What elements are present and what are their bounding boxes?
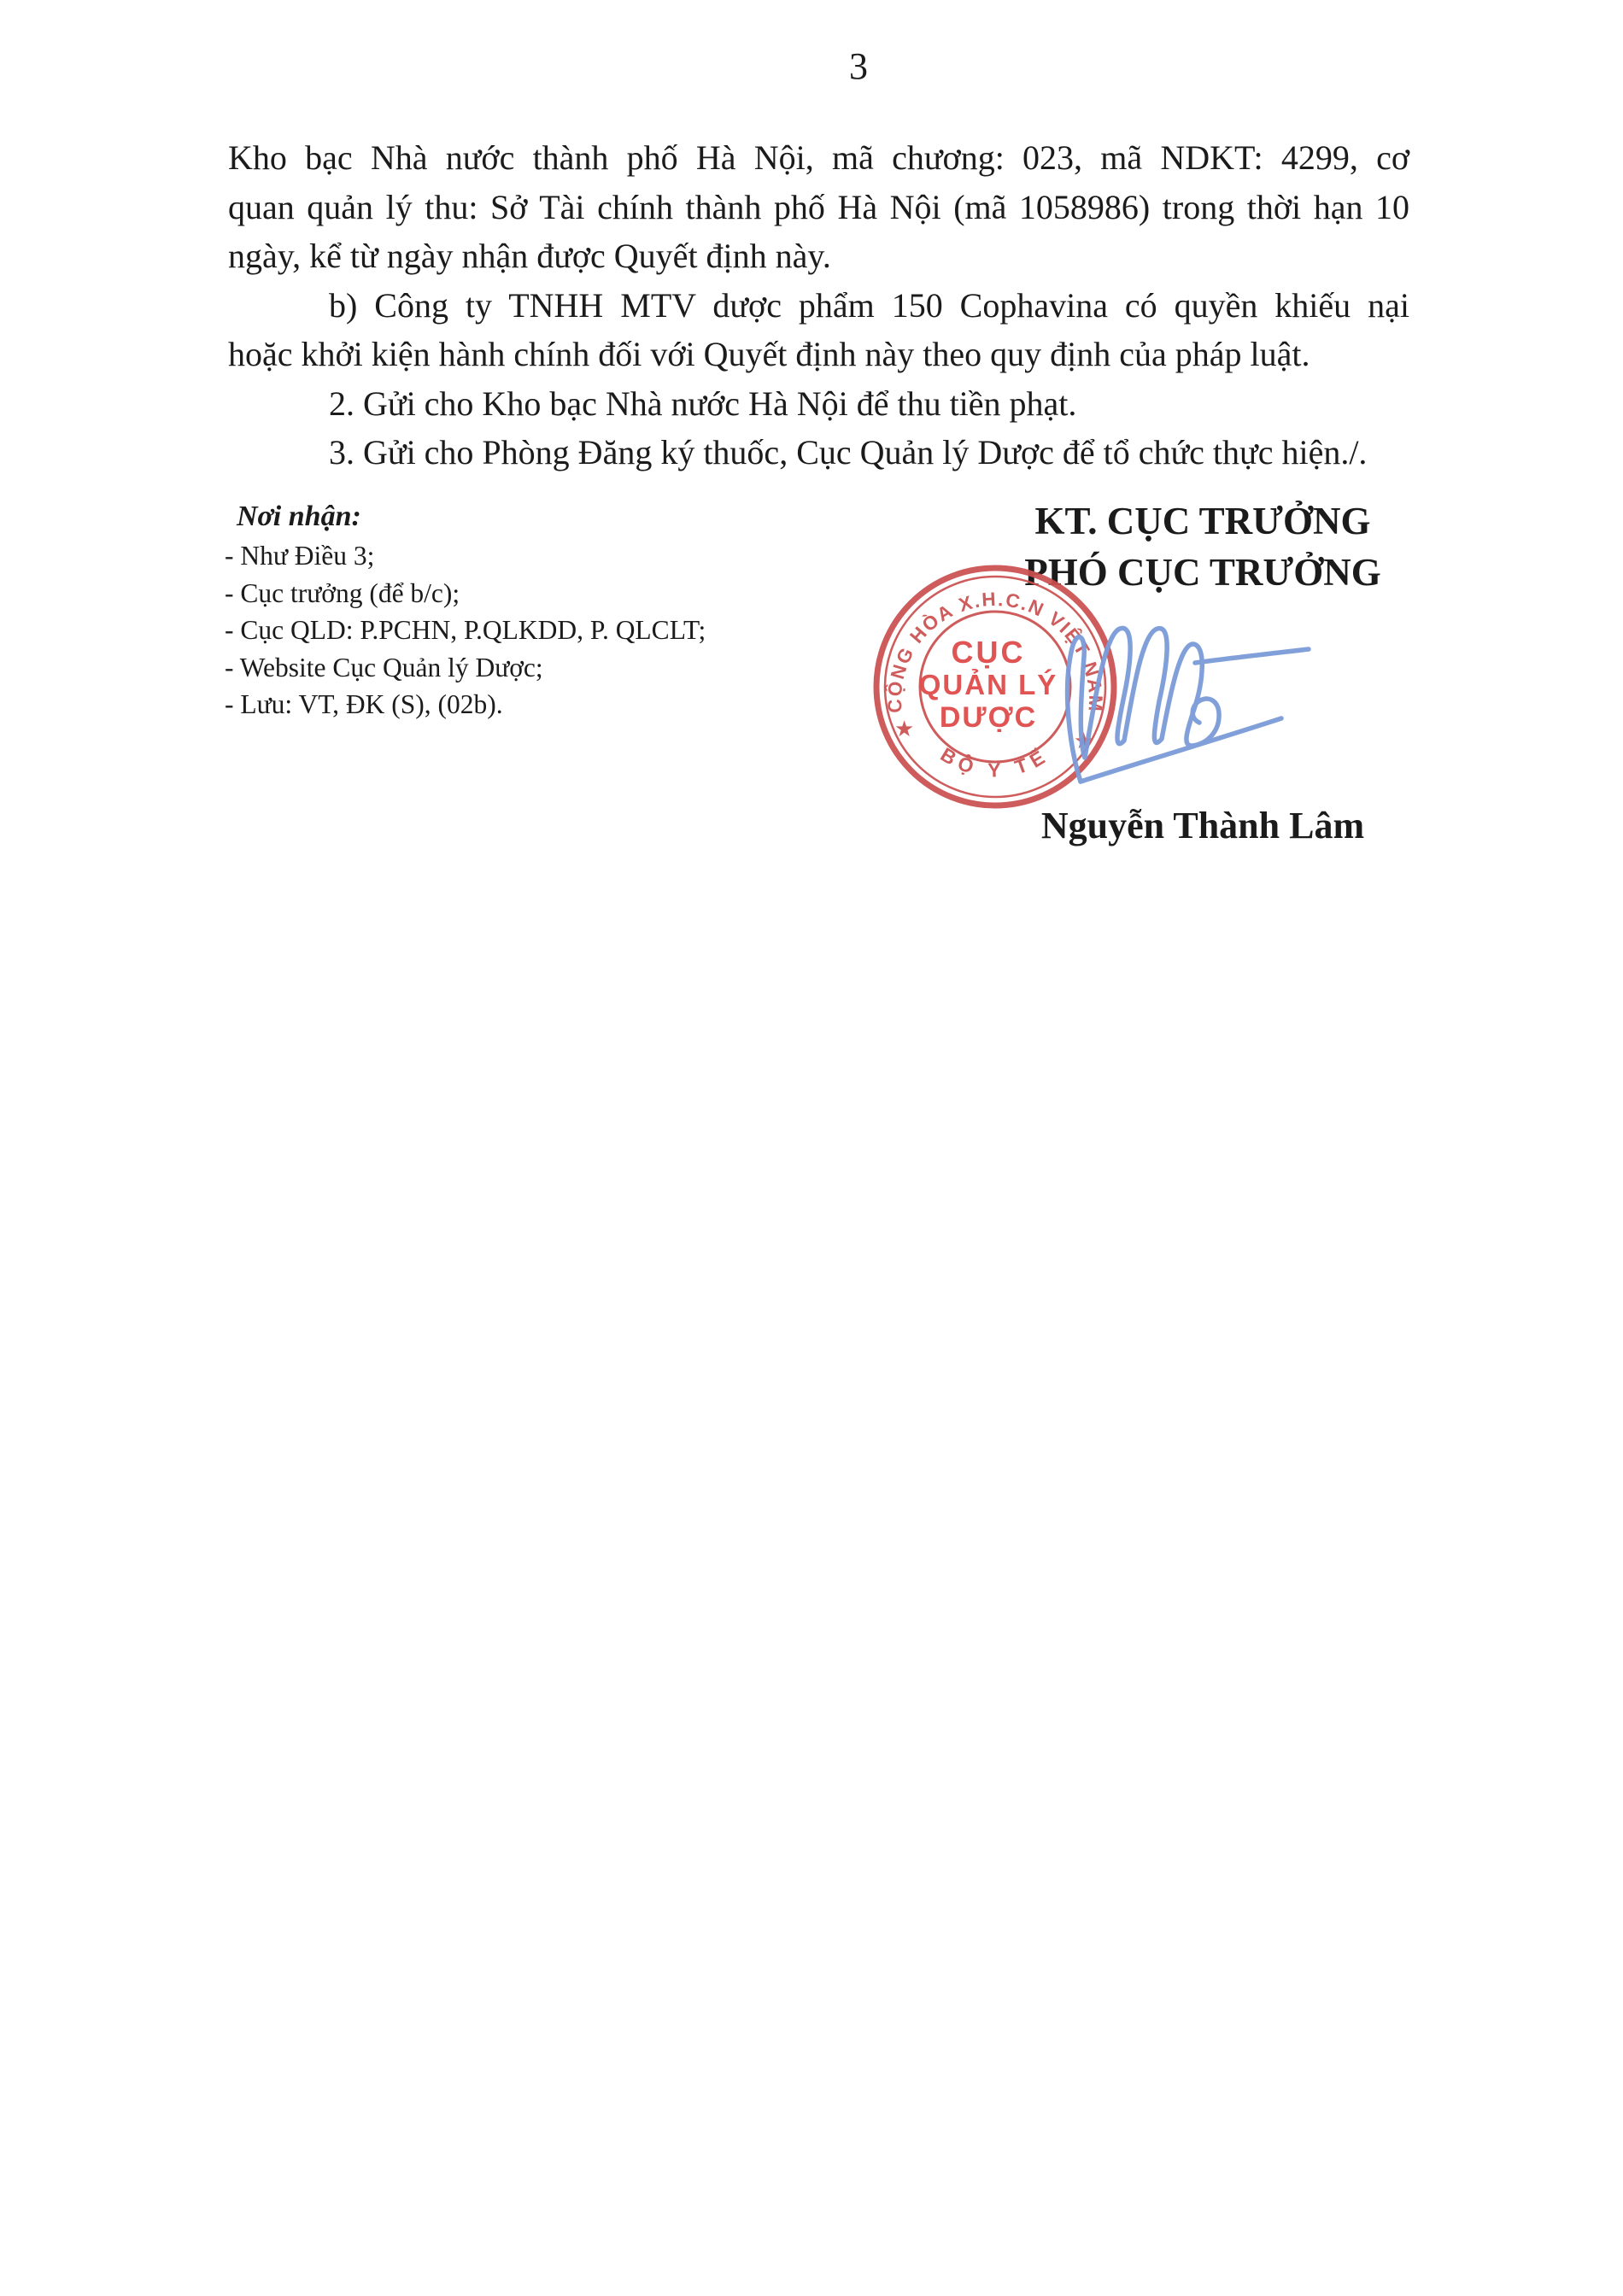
stamp-star-left-icon: ★ [894,716,914,741]
stamp-center-line3: DƯỢC [940,701,1037,734]
body-line: 3. Gửi cho Phòng Đăng ký thuốc, Cục Quản… [228,428,1409,477]
stamp-arc-bottom-text: BỘ Y TẾ [937,742,1054,782]
document-page: { "page": { "number": "3" }, "body": { "… [0,0,1623,2296]
body-text-block: Kho bạc Nhà nước thành phố Hà Nội, mã ch… [228,133,1409,477]
body-line: quan quản lý thu: Sở Tài chính thành phố… [228,183,1409,232]
body-line: Kho bạc Nhà nước thành phố Hà Nội, mã ch… [228,133,1409,183]
body-line: ngày, kể từ ngày nhận được Quyết định nà… [228,231,1409,281]
stamp-center-line2: QUẢN LÝ [919,669,1058,700]
signer-role-line1: KT. CỤC TRƯỞNG [940,495,1466,547]
recipient-item: - Website Cục Quản lý Dược; [225,649,874,687]
recipients-heading: Nơi nhận: [225,501,874,533]
stamp-center-line1: CỤC [952,635,1026,670]
signature-underline [1081,718,1281,782]
recipient-item: - Cục QLD: P.PCHN, P.QLKDD, P. QLCLT; [225,612,874,649]
signature-top-stroke [1195,649,1309,663]
page-number: 3 [803,44,914,88]
signer-name: Nguyễn Thành Lâm [940,804,1466,847]
signature-scribble [1053,609,1318,793]
body-line: hoặc khởi kiện hành chính đối với Quyết … [228,330,1409,379]
body-line: b) Công ty TNHH MTV dược phẩm 150 Cophav… [228,281,1409,331]
body-line: 2. Gửi cho Kho bạc Nhà nước Hà Nội để th… [228,379,1409,429]
recipients-block: Nơi nhận: - Như Điều 3; - Cục trưởng (để… [225,501,874,723]
recipient-item: - Cục trưởng (để b/c); [225,575,874,612]
recipient-item: - Như Điều 3; [225,537,874,575]
signature-loops [1068,628,1219,782]
recipient-item: - Lưu: VT, ĐK (S), (02b). [225,686,874,723]
